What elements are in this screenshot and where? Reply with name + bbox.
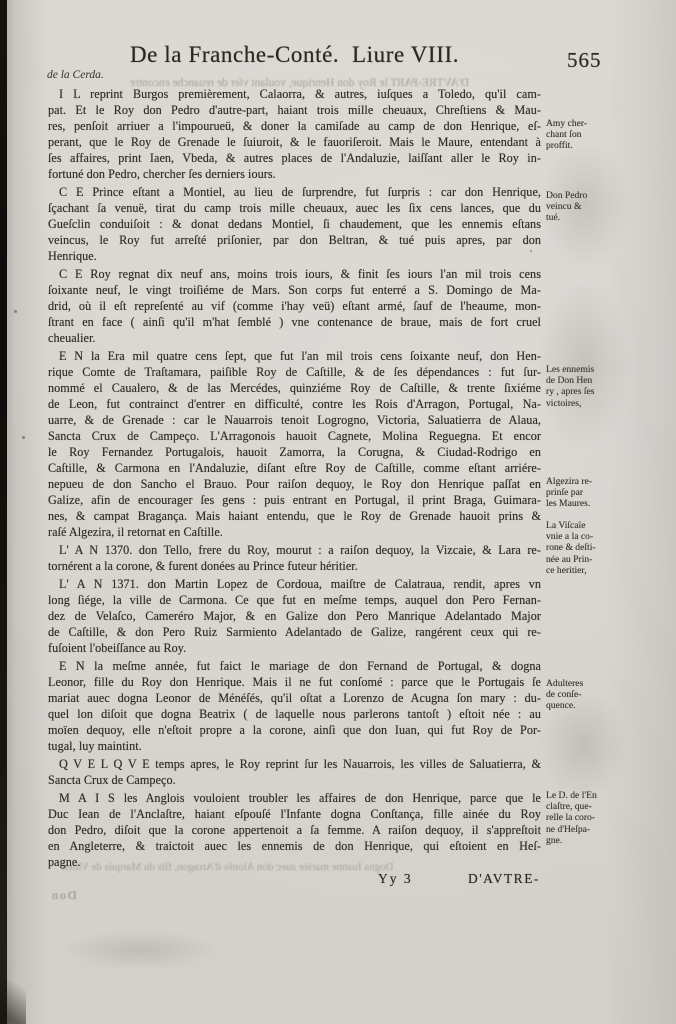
margin-note: La Viſcaïe vnie a la co- rone & deſti- n… xyxy=(546,520,614,576)
text-line: tornérent a la corone, & furent donées a… xyxy=(48,558,541,574)
text-line: Q V E L Q V E temps apres, le Roy reprin… xyxy=(48,756,541,772)
text-line: C E Roy regnat dix neuf ans, moins trois… xyxy=(48,266,541,282)
text-line: ſes affaires, print Iaen, Vbeda, & autre… xyxy=(48,150,541,166)
paragraph: C E Prince eſtant a Montiel, au lieu de … xyxy=(48,184,541,264)
bleedthrough-bottom-word: Don xyxy=(50,888,77,903)
margin-note: Don Pedro veincu & tué. xyxy=(546,190,614,224)
text-line: Sancta Crux de Campeço. L'Arragonois hau… xyxy=(48,428,541,444)
text-line: ſtrant en face ( ainſi qu'il m'hat ſembl… xyxy=(48,314,541,330)
margin-note: Adulteres de conſe- quence. xyxy=(546,678,614,712)
text-line: de Caſtille, & don Pero Ruiz Sarmiento A… xyxy=(48,624,541,640)
running-header: De la Franche-Conté. Liure VIII. xyxy=(48,42,541,68)
text-line: L' A N 1370. don Tello, frere du Roy, mo… xyxy=(48,542,541,558)
text-line: nepueu de don Sancho el Brauo. Pour raiſ… xyxy=(48,476,541,492)
text-line: perant, que le Roy de Grenade le ſuiuroi… xyxy=(48,134,541,150)
text-line: Galize, afin de encourager ſes gens : pu… xyxy=(48,492,541,508)
text-line: Sancta Crux de Campeço. xyxy=(48,772,541,788)
text-line: moïen dequoy, elle n'eſtoit propre a la … xyxy=(48,722,541,738)
text-line: pagne. xyxy=(48,854,541,870)
text-line: long ſiége, la ville de Carmona. Ce que … xyxy=(48,592,541,608)
text-line: ſçachant ſa venuë, tirat du camp trois m… xyxy=(48,200,541,216)
paragraph: C E Roy regnat dix neuf ans, moins trois… xyxy=(48,266,541,346)
text-line: M A I S les Anglois vouloient troubler l… xyxy=(48,790,541,806)
text-line: res, penſoit arriuer a l'impourueü, & do… xyxy=(48,118,541,134)
margin-note: Le D. de l'En claſtre, que- relle la cor… xyxy=(546,790,614,846)
paragraph: L' A N 1370. don Tello, frere du Roy, mo… xyxy=(48,542,541,574)
margin-notes-column: Amy cher- chant ſon proffit.Don Pedro ve… xyxy=(546,0,616,1024)
text-line: nommé el Caualero, & de las Mercédes, qu… xyxy=(48,380,541,396)
margin-note-top-left: de la Cerda. xyxy=(47,69,104,81)
binding-edge xyxy=(0,0,7,1024)
text-line: de Leon, fut contrainct d'entrer en diff… xyxy=(48,396,541,412)
text-line: Henrique. xyxy=(48,248,541,264)
text-line: rique Comte de Traſtamara, paiſible Roy … xyxy=(48,364,541,380)
text-line: fuſoient l'obeiſſance au Roy. xyxy=(48,640,541,656)
text-line: cheualier. xyxy=(48,330,541,346)
paper-speck xyxy=(14,310,17,313)
margin-note: Algezira re- prinſe par les Maures. xyxy=(546,476,614,510)
paragraph: E N la meſme année, fut faict le mariage… xyxy=(48,658,541,754)
paragraph: M A I S les Anglois vouloient troubler l… xyxy=(48,790,541,870)
page-title: De la Franche-Conté. Liure VIII. xyxy=(130,42,459,67)
signature-mark: Yy 3 xyxy=(378,871,413,887)
text-line: Caſtille, & Carmona en l'Andaluzie, diſa… xyxy=(48,460,541,476)
text-line: quel lon diſoit que dogna Beatrix ( de l… xyxy=(48,706,541,722)
text-line: dez de Velaſco, Cameréro Major, & en Gal… xyxy=(48,608,541,624)
text-line: Leonor, fille du Roy don Henrique. Mais … xyxy=(48,674,541,690)
text-line: raſé Algezira, il retornat en Caſtille. xyxy=(48,524,541,540)
text-line: veincus, le Roy fut arreſté priſonier, p… xyxy=(48,232,541,248)
text-line: le Roy Fernandez Portugalois, hauoit Zam… xyxy=(48,444,541,460)
margin-note: Amy cher- chant ſon proffit. xyxy=(546,118,614,152)
text-line: tugal, luy maintint. xyxy=(48,738,541,754)
text-line: nes, & campat Bragança. Mais haiant ente… xyxy=(48,508,541,524)
binding-corner-shadow xyxy=(0,954,26,1024)
text-line: uarre, & de Grenade : car le Nauarrois t… xyxy=(48,412,541,428)
main-text-block: I L reprint Burgos premièrement, Calaorr… xyxy=(48,86,541,872)
text-line: fortuné don Pedro, chercher ſes derniers… xyxy=(48,166,541,182)
text-line: en Angleterre, & traictoit auec les enne… xyxy=(48,838,541,854)
paragraph: I L reprint Burgos premièrement, Calaorr… xyxy=(48,86,541,182)
text-line: drid, où il eſt repreſenté au vif (comme… xyxy=(48,298,541,314)
text-line: Duc Iean de l'Anclaſtre, haiant eſpouſé … xyxy=(48,806,541,822)
text-line: mariat auec dogna Leonor de Ménéſés, qu'… xyxy=(48,690,541,706)
paper-smudge xyxy=(60,930,220,970)
text-line: pat. Et le Roy don Pedro d'autre-part, h… xyxy=(48,102,541,118)
catchword: D'AVTRE- xyxy=(468,871,540,887)
margin-note: Les ennemis de Don Hen ry , apres ſes vi… xyxy=(546,364,614,409)
paragraph: L' A N 1371. don Martin Lopez de Cordoua… xyxy=(48,576,541,656)
text-line: don Pedro, diſoit que la corone apperten… xyxy=(48,822,541,838)
text-line: L' A N 1371. don Martin Lopez de Cordoua… xyxy=(48,576,541,592)
text-line: C E Prince eſtant a Montiel, au lieu de … xyxy=(48,184,541,200)
paragraph: E N la Era mil quatre cens ſept, que fut… xyxy=(48,348,541,540)
text-line: E N la Era mil quatre cens ſept, que fut… xyxy=(48,348,541,364)
paragraph: Q V E L Q V E temps apres, le Roy reprin… xyxy=(48,756,541,788)
text-line: E N la meſme année, fut faict le mariage… xyxy=(48,658,541,674)
text-line: Gueſclin conduiſoit : & donat dedans Mon… xyxy=(48,216,541,232)
book-page-scan: D'AVTRE-PART le Roy don Henrique, voulan… xyxy=(0,0,676,1024)
text-line: ſoixante neuf, le vingt troiſiéme de Mar… xyxy=(48,282,541,298)
text-line: I L reprint Burgos premièrement, Calaorr… xyxy=(48,86,541,102)
paper-speck xyxy=(22,436,25,439)
